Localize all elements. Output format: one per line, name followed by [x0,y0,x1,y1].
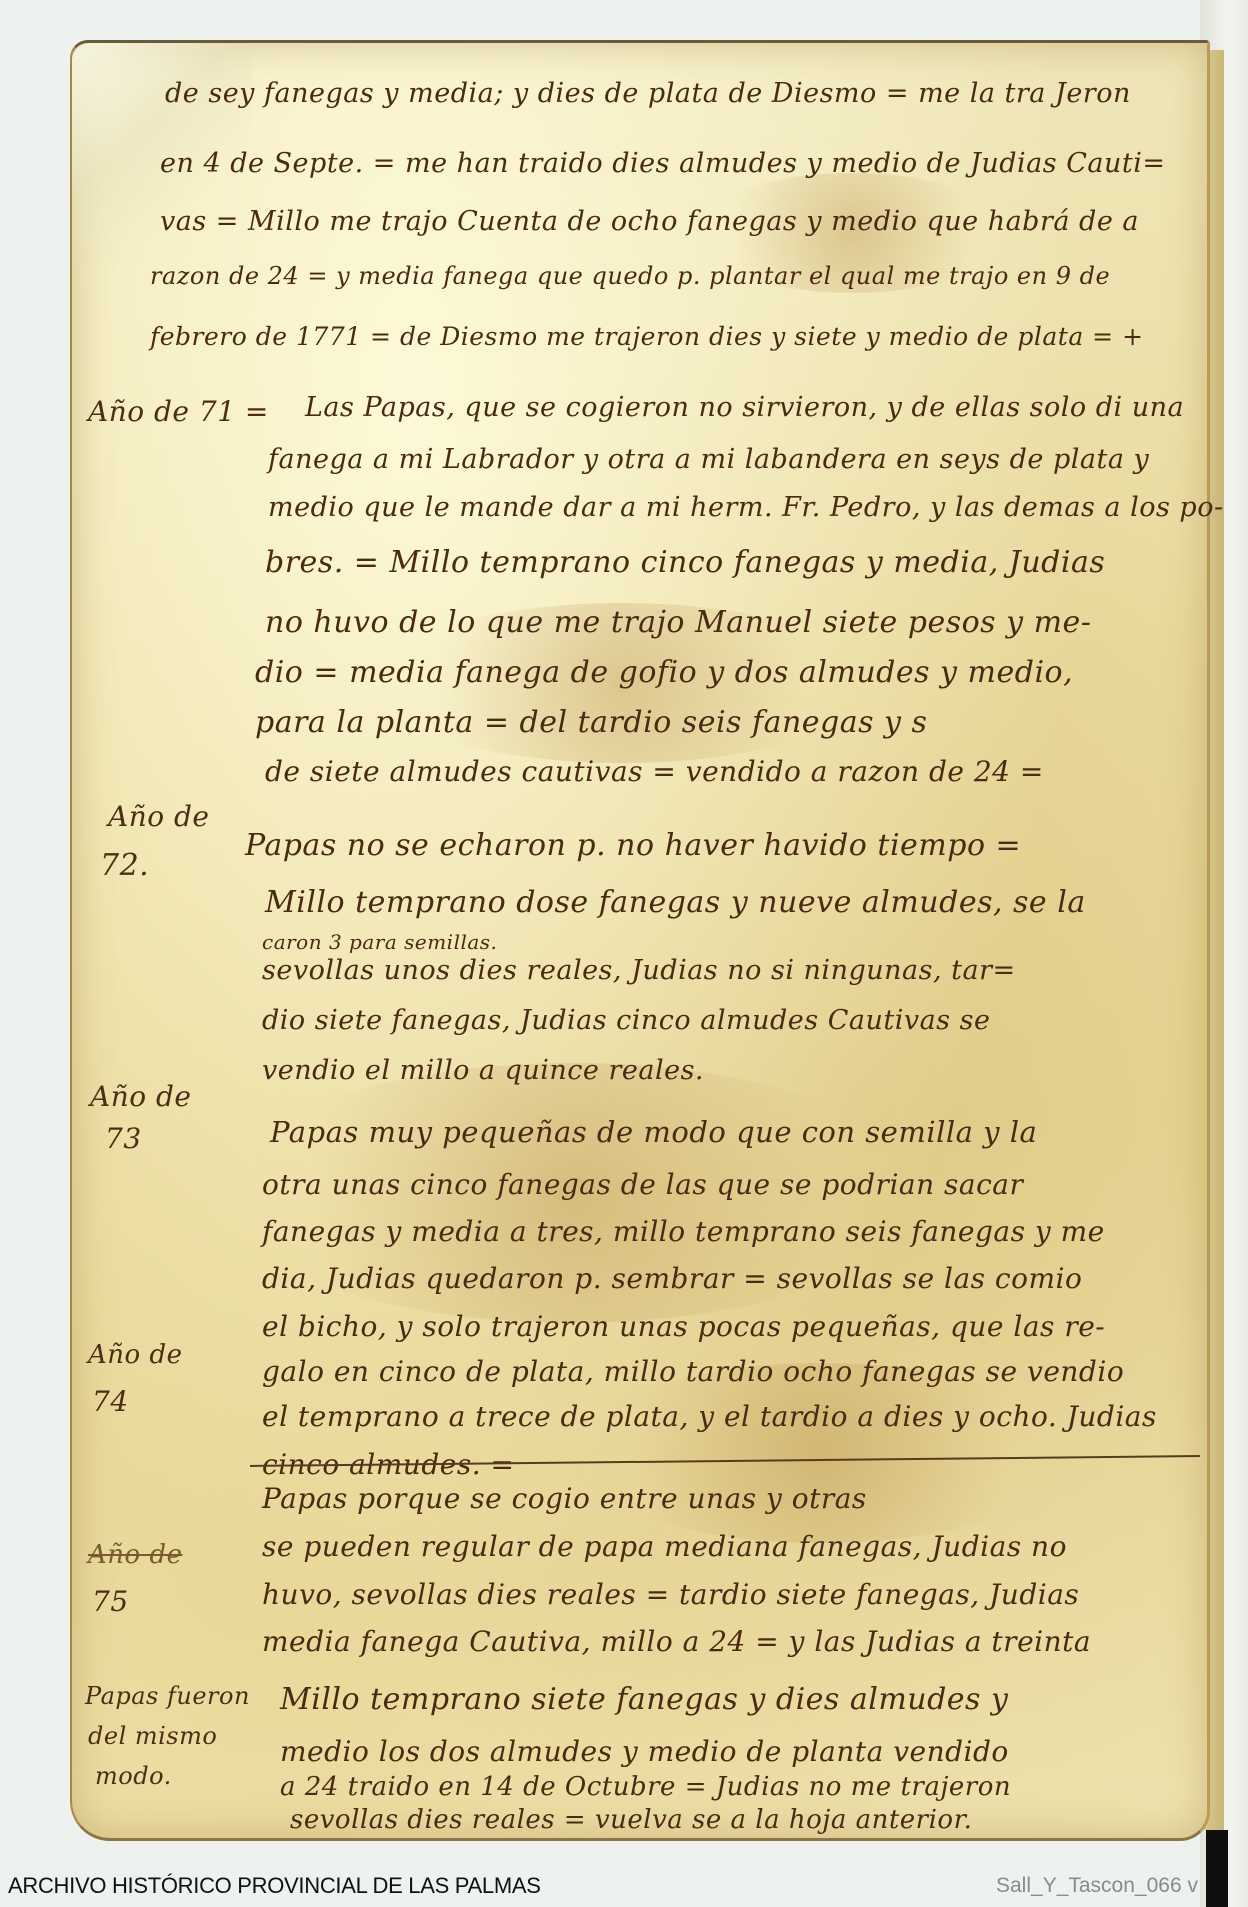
margin-note: modo. [95,1762,172,1790]
archive-caption: ARCHIVO HISTÓRICO PROVINCIAL DE LAS PALM… [8,1873,541,1899]
manuscript-line: galo en cinco de plata, millo tardio och… [262,1355,1124,1388]
margin-note-year: 74 [92,1385,129,1418]
image-reference: Sall_Y_Tascon_066 v [996,1874,1198,1898]
margin-note: Papas fueron [85,1682,250,1710]
margin-note-year: Año de [108,800,210,833]
binding-clip [1206,1830,1228,1907]
manuscript-line: Las Papas, que se cogieron no sirvieron,… [305,392,1184,423]
margin-note-year: Año de 71 = [88,395,269,428]
manuscript-page [70,40,1210,1841]
manuscript-line: Millo temprano siete fanegas y dies almu… [280,1682,1008,1717]
manuscript-line: vendio el millo a quince reales. [262,1055,704,1086]
manuscript-line: sevollas dies reales = vuelva se a la ho… [290,1805,972,1835]
manuscript-line: razon de 24 = y media fanega que quedo p… [150,262,1110,290]
manuscript-line: dio siete fanegas, Judias cinco almudes … [262,1005,990,1036]
manuscript-line: de sey fanegas y media; y dies de plata … [165,78,1131,109]
manuscript-line: para la planta = del tardio seis fanegas… [255,705,927,740]
manuscript-line: vas = Millo me trajo Cuenta de ocho fane… [160,206,1139,237]
manuscript-line: a 24 traido en 14 de Octubre = Judias no… [280,1772,1011,1802]
manuscript-line: dio = media fanega de gofio y dos almude… [255,655,1073,690]
manuscript-line: febrero de 1771 = de Diesmo me trajeron … [150,322,1144,351]
margin-note-year: 75 [92,1585,129,1618]
manuscript-line: fanega a mi Labrador y otra a mi labande… [268,444,1149,475]
manuscript-line: el temprano a trece de plata, y el tardi… [262,1400,1157,1433]
manuscript-line: Papas no se echaron p. no haver havido t… [245,828,1021,863]
manuscript-line: fanegas y media a tres, millo temprano s… [262,1215,1105,1248]
margin-note-year: Año de [88,1540,182,1570]
stain [572,1363,1072,1543]
manuscript-line: se pueden regular de papa mediana fanega… [262,1530,1067,1563]
manuscript-line: dia, Judias quedaron p. sembrar = sevoll… [262,1262,1082,1295]
manuscript-line: Papas porque se cogio entre unas y otras [262,1482,867,1515]
manuscript-line: huvo, sevollas dies reales = tardio siet… [262,1578,1079,1611]
manuscript-line: medio los dos almudes y medio de planta … [280,1735,1009,1768]
margin-note-year: Año de [88,1340,182,1370]
margin-note-year: Año de [90,1080,192,1113]
manuscript-line: bres. = Millo temprano cinco fanegas y m… [265,545,1105,580]
manuscript-line: el bicho, y solo trajeron unas pocas peq… [262,1310,1105,1343]
manuscript-line: otra unas cinco fanegas de las que se po… [262,1168,1023,1201]
manuscript-line: caron 3 para semillas. [262,930,497,954]
margin-note: del mismo [88,1722,217,1750]
manuscript-line: Millo temprano dose fanegas y nueve almu… [265,885,1086,920]
manuscript-line: media fanega Cautiva, millo a 24 = y las… [262,1625,1091,1658]
manuscript-line: medio que le mande dar a mi herm. Fr. Pe… [268,492,1224,523]
manuscript-line: no huvo de lo que me trajo Manuel siete … [265,605,1091,640]
manuscript-line: sevollas unos dies reales, Judias no si … [262,955,1016,986]
manuscript-line: en 4 de Septe. = me han traido dies almu… [160,148,1165,179]
manuscript-line: de siete almudes cautivas = vendido a ra… [265,755,1044,788]
margin-note-year: 73 [105,1122,142,1155]
margin-note-year: 72. [100,848,149,883]
manuscript-line: Papas muy pequeñas de modo que con semil… [270,1115,1037,1149]
